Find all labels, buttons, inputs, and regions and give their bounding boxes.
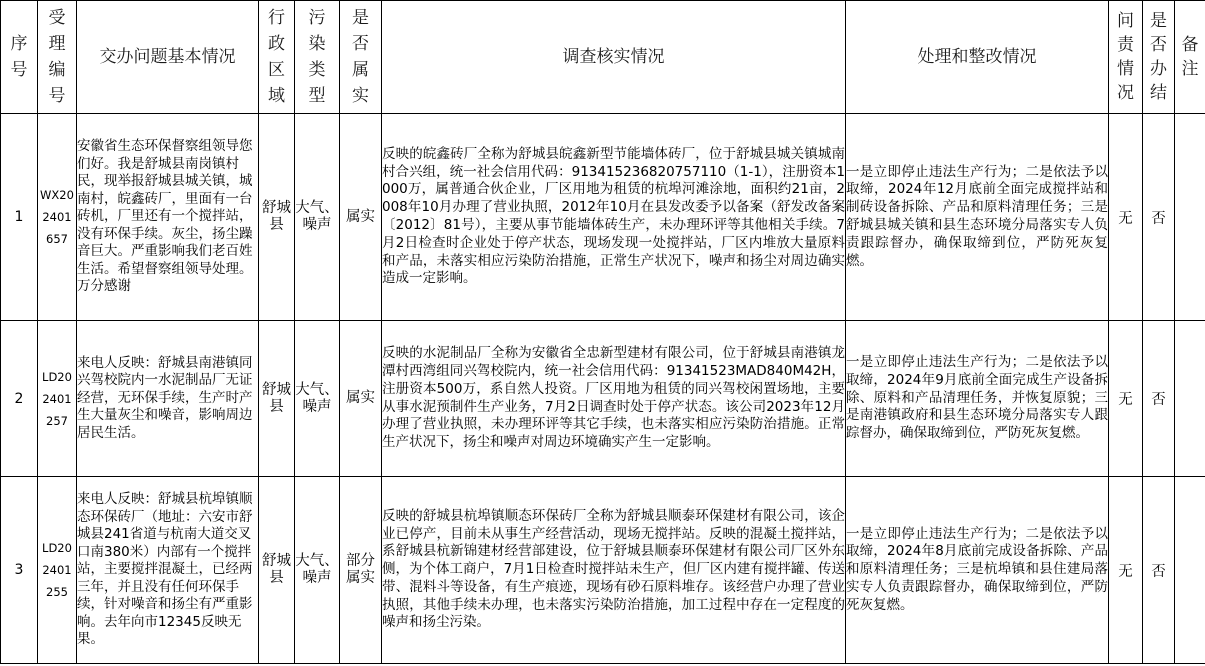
table-row: 2 LD20 2401 257 来电人反映：舒城县南港镇同兴驾校院内一水泥制品厂… [1, 321, 1205, 477]
header-district: 行政区域 [259, 1, 295, 114]
cell-closed: 否 [1143, 321, 1175, 477]
complaint-table: 序号 受理编号 交办问题基本情况 行政区域 污染类型 是否属实 调查核实情况 处… [0, 0, 1205, 664]
cell-remarks [1175, 114, 1205, 321]
cell-index: 1 [1, 114, 38, 321]
cell-pollution-type: 大气、噪声 [295, 321, 340, 477]
cell-remarks [1175, 321, 1205, 477]
header-closed: 是否办结 [1143, 1, 1175, 114]
cell-verified: 属实 [340, 321, 382, 477]
table-row: 1 WX20 2401 657 安徽省生态环保督察组领导您们好。我是舒城县南岗镇… [1, 114, 1205, 321]
header-pollution-type: 污染类型 [295, 1, 340, 114]
cell-closed: 否 [1143, 114, 1175, 321]
cell-handling: 一是立即停止违法生产行为；二是依法予以取缔，2024年9月底前全面完成生产设备拆… [846, 321, 1109, 477]
cell-case-number: LD20 2401 257 [38, 321, 77, 477]
cell-index: 3 [1, 477, 38, 664]
cell-index: 2 [1, 321, 38, 477]
cell-investigation: 反映的皖鑫砖厂全称为舒城县皖鑫新型节能墙体砖厂，位于舒城县城关镇城南村合兴组，统… [382, 114, 846, 321]
cell-handling: 一是立即停止违法生产行为；二是依法予以取缔，2024年8月底前完成设备拆除、产品… [846, 477, 1109, 664]
cell-accountability: 无 [1109, 477, 1143, 664]
cell-verified: 属实 [340, 114, 382, 321]
cell-complaint: 来电人反映：舒城县南港镇同兴驾校院内一水泥制品厂无证经营，无环保手续，生产时产生… [77, 321, 259, 477]
cell-case-number: LD20 2401 255 [38, 477, 77, 664]
cell-district: 舒城县 [259, 114, 295, 321]
header-row: 序号 受理编号 交办问题基本情况 行政区域 污染类型 是否属实 调查核实情况 处… [1, 1, 1205, 114]
table-row: 3 LD20 2401 255 来电人反映：舒城县杭埠镇顺态环保砖厂（地址：六安… [1, 477, 1205, 664]
cell-remarks [1175, 477, 1205, 664]
cell-investigation: 反映的水泥制品厂全称为安徽省全忠新型建材有限公司，位于舒城县南港镇龙潭村西湾组同… [382, 321, 846, 477]
header-handling: 处理和整改情况 [846, 1, 1109, 114]
cell-complaint: 安徽省生态环保督察组领导您们好。我是舒城县南岗镇村民，现举报舒城县城关镇，城南村… [77, 114, 259, 321]
header-case-number: 受理编号 [38, 1, 77, 114]
header-remarks: 备注 [1175, 1, 1205, 114]
header-accountability: 问责情况 [1109, 1, 1143, 114]
header-complaint: 交办问题基本情况 [77, 1, 259, 114]
cell-handling: 一是立即停止违法生产行为；二是依法予以取缔，2024年12月底前全面完成搅拌站和… [846, 114, 1109, 321]
cell-verified: 部分属实 [340, 477, 382, 664]
header-investigation: 调查核实情况 [382, 1, 846, 114]
cell-accountability: 无 [1109, 114, 1143, 321]
cell-accountability: 无 [1109, 321, 1143, 477]
cell-closed: 否 [1143, 477, 1175, 664]
cell-district: 舒城县 [259, 321, 295, 477]
header-verified: 是否属实 [340, 1, 382, 114]
cell-pollution-type: 大气、噪声 [295, 477, 340, 664]
cell-investigation: 反映的舒城县杭埠镇顺态环保砖厂全称为舒城县顺泰环保建材有限公司，该企业已停产，目… [382, 477, 846, 664]
cell-complaint: 来电人反映：舒城县杭埠镇顺态环保砖厂（地址：六安市舒城县241省道与杭南大道交叉… [77, 477, 259, 664]
cell-district: 舒城县 [259, 477, 295, 664]
cell-pollution-type: 大气、噪声 [295, 114, 340, 321]
cell-case-number: WX20 2401 657 [38, 114, 77, 321]
header-index: 序号 [1, 1, 38, 114]
